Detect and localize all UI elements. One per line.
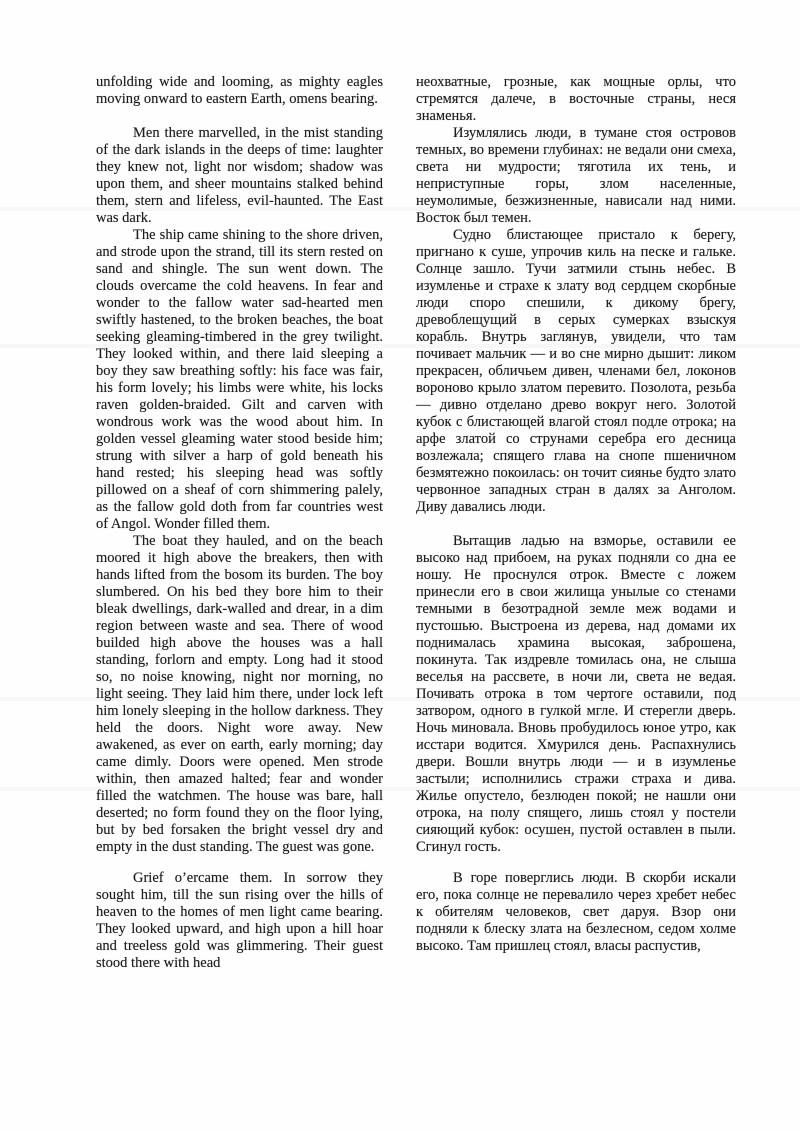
russian-column-cell: Вытащив ладью на взморье, оставили ее вы… [416,533,736,856]
english-paragraph: The boat they hauled, and on the beach m… [96,533,383,856]
english-column-cell: Grief o’ercame them. In sorrow they soug… [96,870,383,972]
russian-paragraph-continuation: неохватные, грозные, как мощные орлы, чт… [416,74,736,125]
russian-paragraph: Вытащив ладью на взморье, оставили ее вы… [416,533,736,856]
scanned-page: unfolding wide and looming, as mighty ea… [0,0,800,1131]
english-paragraph: Men there marvelled, in the mist standin… [96,125,383,227]
paragraph-row-4: Grief o’ercame them. In sorrow they soug… [96,870,736,972]
russian-column-cell: Изумлялись люди, в тумане стоя островов … [416,125,736,516]
english-column-cell: The boat they hauled, and on the beach m… [96,533,383,856]
russian-column-cell: В горе поверглись люди. В скорби искали … [416,870,736,955]
paragraph-row-2: Men there marvelled, in the mist standin… [96,125,736,533]
russian-paragraph: Изумлялись люди, в тумане стоя островов … [416,125,736,227]
russian-paragraph: Судно блистающее пристало к берегу, приг… [416,227,736,516]
russian-paragraph: В горе поверглись люди. В скорби искали … [416,870,736,955]
english-column-cell: Men there marvelled, in the mist standin… [96,125,383,533]
paragraph-row-1: unfolding wide and looming, as mighty ea… [96,74,736,125]
english-paragraph-continuation: unfolding wide and looming, as mighty ea… [96,74,383,108]
english-paragraph: The ship came shining to the shore drive… [96,227,383,533]
parallel-text: unfolding wide and looming, as mighty ea… [96,74,736,972]
paragraph-row-3: The boat they hauled, and on the beach m… [96,533,736,856]
russian-column-cell: неохватные, грозные, как мощные орлы, чт… [416,74,736,125]
english-paragraph: Grief o’ercame them. In sorrow they soug… [96,870,383,972]
english-column-cell: unfolding wide and looming, as mighty ea… [96,74,383,108]
